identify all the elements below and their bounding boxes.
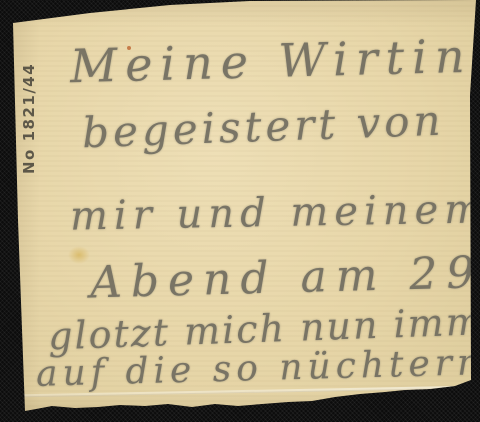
handwriting-line-1: Meine Wirtin [69,29,473,94]
handwriting-line-2: begeistert von [81,96,445,158]
handwriting-line-4: Abend am 29. [89,247,480,309]
paper-stain [68,246,90,264]
archival-number: No 1821/44 [20,63,38,174]
note-paper: No 1821/44 Meine Wirtin begeistert von m… [0,0,480,422]
photo-background: No 1821/44 Meine Wirtin begeistert von m… [0,0,480,422]
handwriting-line-3: mir und meinem [70,186,480,239]
ink-speck [127,46,131,50]
